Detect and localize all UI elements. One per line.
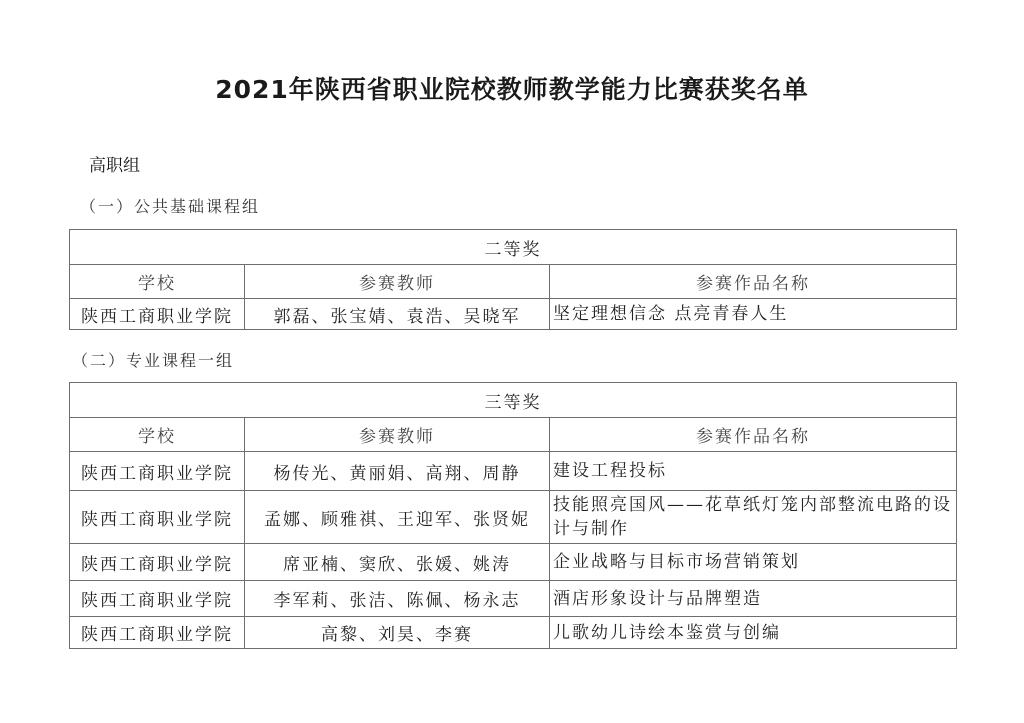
awards-table-public-basic: 二等奖 学校 参赛教师 参赛作品名称 陕西工商职业学院 郭磊、张宝婧、袁浩、吴晓… [69, 229, 957, 330]
work-cell: 企业战略与目标市场营销策划 [550, 544, 957, 581]
award-level: 三等奖 [70, 383, 957, 418]
awards-table-professional-1: 三等奖 学校 参赛教师 参赛作品名称 陕西工商职业学院 杨传光、黄丽娟、高翔、周… [69, 382, 957, 649]
school-cell: 陕西工商职业学院 [70, 452, 245, 491]
column-header-school: 学校 [70, 418, 245, 452]
work-cell: 酒店形象设计与品牌塑造 [550, 581, 957, 617]
table-row: 陕西工商职业学院 高黎、刘昊、李赛 儿歌幼儿诗绘本鉴赏与创编 [70, 617, 957, 649]
teachers-cell: 高黎、刘昊、李赛 [245, 617, 550, 649]
school-cell: 陕西工商职业学院 [70, 544, 245, 581]
award-level: 二等奖 [70, 230, 957, 265]
work-cell: 建设工程投标 [550, 452, 957, 491]
table-row: 陕西工商职业学院 孟娜、顾雅祺、王迎军、张贤妮 技能照亮国风——花草纸灯笼内部整… [70, 491, 957, 544]
section-label-professional-1: （二）专业课程一组 [72, 348, 234, 371]
column-header-teachers: 参赛教师 [245, 418, 550, 452]
column-header-school: 学校 [70, 265, 245, 299]
table-row: 陕西工商职业学院 席亚楠、窦欣、张媛、姚涛 企业战略与目标市场营销策划 [70, 544, 957, 581]
school-cell: 陕西工商职业学院 [70, 617, 245, 649]
column-header-work: 参赛作品名称 [550, 418, 957, 452]
teachers-cell: 杨传光、黄丽娟、高翔、周静 [245, 452, 550, 491]
school-cell: 陕西工商职业学院 [70, 299, 245, 330]
table-row: 陕西工商职业学院 李军莉、张洁、陈佩、杨永志 酒店形象设计与品牌塑造 [70, 581, 957, 617]
document-title: 2021年陕西省职业院校教师教学能力比赛获奖名单 [0, 70, 1024, 106]
column-header-teachers: 参赛教师 [245, 265, 550, 299]
school-cell: 陕西工商职业学院 [70, 581, 245, 617]
column-header-work: 参赛作品名称 [550, 265, 957, 299]
table-row: 陕西工商职业学院 杨传光、黄丽娟、高翔、周静 建设工程投标 [70, 452, 957, 491]
teachers-cell: 郭磊、张宝婧、袁浩、吴晓军 [245, 299, 550, 330]
teachers-cell: 孟娜、顾雅祺、王迎军、张贤妮 [245, 491, 550, 544]
section-label-public-basic: （一）公共基础课程组 [80, 194, 260, 217]
group-label: 高职组 [89, 151, 140, 176]
work-cell: 儿歌幼儿诗绘本鉴赏与创编 [550, 617, 957, 649]
work-cell: 技能照亮国风——花草纸灯笼内部整流电路的设计与制作 [550, 491, 957, 544]
work-cell: 坚定理想信念 点亮青春人生 [550, 299, 957, 330]
school-cell: 陕西工商职业学院 [70, 491, 245, 544]
teachers-cell: 席亚楠、窦欣、张媛、姚涛 [245, 544, 550, 581]
table-row: 陕西工商职业学院 郭磊、张宝婧、袁浩、吴晓军 坚定理想信念 点亮青春人生 [70, 299, 957, 330]
teachers-cell: 李军莉、张洁、陈佩、杨永志 [245, 581, 550, 617]
